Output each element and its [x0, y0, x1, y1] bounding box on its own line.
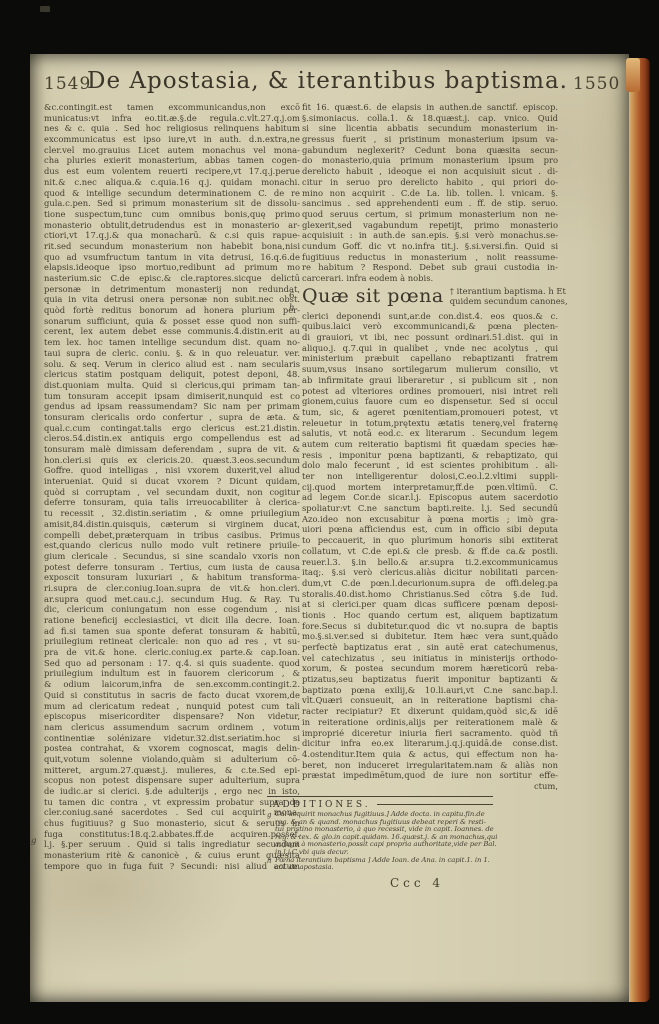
- text-line: episcopus misericorditer dispensare? Non…: [44, 711, 300, 722]
- text-line: uiori pœna afficiendus est, cum in offic…: [302, 524, 558, 535]
- text-line: dum,vt C.de pœn.l.decurionum.supra de of…: [302, 578, 558, 589]
- text-line: tonsuram malè dimissam deferendam , supr…: [44, 444, 300, 455]
- text-line: & odium laicorum,infra de sen.excomm.con…: [44, 679, 300, 690]
- text-line: rit.sed secundum monasterium non habebit…: [44, 241, 300, 252]
- text-line: dic, clericum coniungatum non esse cogen…: [44, 604, 300, 615]
- text-line: l.j. §.per seruum . Quid si talis ingred…: [44, 839, 300, 850]
- text-line: beret, non induceret irregularitatem.nam…: [302, 760, 558, 771]
- gathering-signature: Ccc 4: [382, 876, 452, 890]
- text-line: tione suspectum,tunc cum omnibus bonis,q…: [44, 209, 300, 220]
- text-line: resis , imponitur pœna baptizanti, & reb…: [302, 450, 558, 461]
- text-line: ar.supra quod met.cau.c.j. secundum Hug.…: [44, 594, 300, 605]
- additiones-note-letter: g: [267, 811, 271, 819]
- text-line: quod seruus certum, si primum monasteriu…: [302, 209, 558, 220]
- heading-small-line-1: † iterantium baptisma. h Et: [450, 286, 568, 297]
- text-line: re habitum ? Respond. Debet sub graui cu…: [302, 262, 558, 273]
- additiones-note-h: h Pœna iterantium baptisma ] Adde Ioan. …: [267, 857, 493, 872]
- text-line: clericus statim postquam deliquit, potes…: [44, 369, 300, 380]
- text-line: cundum Goff. dic vt no.infra tit.j. §.si…: [302, 241, 558, 252]
- additiones-header: ADDITIONES.: [267, 800, 377, 810]
- text-line: potest deferre tonsuram . Tertius, cum i…: [44, 562, 300, 573]
- text-line: Sed quo ad personam : 17. q.4. si quis s…: [44, 658, 300, 669]
- additiones-note-g: g Cui acquirit monachus fugitiuus.] Adde…: [267, 811, 493, 857]
- text-line: Goffre. quod intelligas , nisi vxorem du…: [44, 465, 300, 476]
- text-line: gula.c.pen. Sed si primum monasterium si…: [44, 198, 300, 209]
- text-line: tionis . Hoc quando certum est, aliquem …: [302, 610, 558, 621]
- running-title: De Apostasia, & iterantibus baptisma.: [85, 68, 570, 94]
- text-line: do monasterio,quia primum monasterium ip…: [302, 155, 558, 166]
- text-line: salutis, vt notā eod.c. ex literarum . S…: [302, 428, 558, 439]
- text-line: elapsis.ideoque ipso mortuo,redibunt ad …: [44, 262, 300, 273]
- text-line: dus est eum volentem reuerti recipere,vt…: [44, 166, 300, 177]
- text-line: ad fi.si tamen sua sponte deferat tonsur…: [44, 626, 300, 637]
- additiones-block: ADDITIONES. g Cui acquirit monachus fugi…: [267, 796, 493, 872]
- text-line: cler.coniug.sané sacerdotes . Sed cui ac…: [44, 807, 300, 818]
- text-line: improprié diceretur iniuria fieri sacram…: [302, 728, 558, 739]
- additiones-note-lines: Pœna iterantium baptisma ] Adde Ioan. de…: [275, 857, 493, 872]
- text-line: quod & intellige secundum determinatione…: [44, 188, 300, 199]
- text-line: quo ad vsumfructum tantum in vita detrus…: [44, 252, 300, 263]
- text-line: derelicto habuit , ideoque ei non acquis…: [302, 166, 558, 177]
- text-line: ter non intelligerentur dolosi,C.eo.l.2.…: [302, 471, 558, 482]
- text-line: cha pluries exierit monasterium, abbas t…: [44, 155, 300, 166]
- text-line: quòd si corruptam , vel secundam duxit, …: [44, 487, 300, 498]
- text-line: clerici deponendi sunt,ar.de con.dist.4.…: [302, 311, 558, 322]
- text-line: di grauiori, vt ibi, nec possunt ordinar…: [302, 332, 558, 343]
- text-line: potest ad vlteriores ordines promoueri, …: [302, 386, 558, 397]
- text-line: mino non acquirit . C.de La. lib. tollen…: [302, 188, 558, 199]
- right-column-part2-lines: clerici deponendi sunt,ar.de con.dist.4.…: [302, 311, 558, 781]
- text-line: qual.c.cum contingat.talis ergo clericus…: [44, 423, 300, 434]
- right-text-column: fit 16. quæst.6. de elapsis in authen.de…: [302, 102, 558, 792]
- text-line: priuilegium indultum est in fauorem cler…: [44, 668, 300, 679]
- text-line: priuilegium retineat clericale: non quo …: [44, 636, 300, 647]
- text-line: nam clericus assumendum sacrum ordinem ,…: [44, 722, 300, 733]
- text-line: mitteret, argum.27.quæst.j. mulieres, & …: [44, 765, 300, 776]
- text-line: gium clericale . Secundus, si sine scand…: [44, 551, 300, 562]
- text-line: itaq;. §.si verò clericus.aliàs dicitur …: [302, 567, 558, 578]
- text-line: deferre tonsuram, quia talis irreuocabil…: [44, 497, 300, 508]
- text-line: at si clerici.per quam dicas sufficere p…: [302, 599, 558, 610]
- text-line: cij.quod mortem interpretamur,ff.de pœn.…: [302, 482, 558, 493]
- additiones-note-lines: Cui acquirit monachus fugitiuus.] Adde d…: [275, 811, 493, 857]
- text-line: solu. & seq. Verum in clerico aliud est …: [44, 359, 300, 370]
- section-heading: Quæ sit pœna † iterantium baptisma. h Et…: [302, 285, 558, 310]
- text-line: glexerit,sed vagabundum repetijt, primo …: [302, 220, 558, 231]
- section-heading-large-text: Quæ sit pœna: [302, 285, 444, 307]
- text-line: ri.supra de cler.coniug.Ioan.supra de vi…: [44, 583, 300, 594]
- text-line: ptizatus,seu baptizatus fuerit imponitur…: [302, 674, 558, 685]
- text-line: tum tonsuram accepit ipsam dimiserit,nun…: [44, 391, 300, 402]
- text-line: exposcit tonsuram luxuriari , & habitum …: [44, 572, 300, 583]
- text-line: quia in vita detrusi onera personæ non s…: [44, 294, 300, 305]
- text-line: continentiæ solénizare videtur.32.dist.s…: [44, 733, 300, 744]
- text-line: tu tamen dic contra , vt expressim proba…: [44, 797, 300, 808]
- additiones-note-letter: h: [267, 857, 272, 865]
- text-line: citur in seruo pro derelicto habito , qu…: [302, 177, 558, 188]
- right-column-part1-lines: fit 16. quæst.6. de elapsis in authen.de…: [302, 102, 558, 273]
- text-line: §.simoniacus. colla.1. & 18.quæst.j. cap…: [302, 113, 558, 124]
- text-line: chus fugitiuus? g Suo monasterio, sicut …: [44, 818, 300, 829]
- text-line: gressus fuerit , si pristinum monasteriu…: [302, 134, 558, 145]
- text-line: gendus ad ipsam reassumendam? Sic nam pe…: [44, 401, 300, 412]
- text-line: racter recipiatur? Et dixerunt quidam,qu…: [302, 706, 558, 717]
- text-line: nasterium.sic C.de episc.& cle.raptores.…: [44, 273, 300, 284]
- text-line: pra de vit.& hone. cleric.coniug.ex part…: [44, 647, 300, 658]
- text-line: cleros.54.distin.ex antiquis ergo compel…: [44, 433, 300, 444]
- text-line: sonarum sufficiunt, quia & posset esse q…: [44, 316, 300, 327]
- text-line: postea contrahat, & vxorem cognoscat, ma…: [44, 743, 300, 754]
- text-line: quit,votum solenne violando,quàm si adul…: [44, 754, 300, 765]
- book-fore-edge-top: [626, 58, 640, 92]
- text-line: fit 16. quæst.6. de elapsis in authen.de…: [302, 102, 558, 113]
- text-line: ad legem Cor.de sicar.l.j. Episcopus aut…: [302, 492, 558, 503]
- text-line: est,quando clericus nullo modo vult reti…: [44, 540, 300, 551]
- text-line: ratione beneficij ecclesiastici, vt dici…: [44, 615, 300, 626]
- left-column-lines: &c.contingit.est tamen excommunicandus,n…: [44, 102, 300, 872]
- text-line: collatum, vt C.de epi.& cle presb. & ff.…: [302, 546, 558, 557]
- text-line: spoliatur:vt C.ne sanctum bapti.reite. l…: [302, 503, 558, 514]
- text-line: perfectè baptizatus erat , sin autē erat…: [302, 642, 558, 653]
- text-line: acquisiuit : in auth.de san.epis. §.si v…: [302, 230, 558, 241]
- text-line: autem cum reiteratio baptismi fit quædam…: [302, 439, 558, 450]
- text-line: mo.§.si.ver.sed si dubitetur. Item hæc v…: [302, 631, 558, 642]
- text-line: reuer.l.3. §.in bello.& ar.supra ti.2.ex…: [302, 557, 558, 568]
- text-line: gionem,cuius fauore cum eo dispensetur. …: [302, 396, 558, 407]
- text-line: præstat impedimētum,quod de iure non sor…: [302, 770, 558, 781]
- text-line: tonsuram clericalis ordo confertur , sup…: [44, 412, 300, 423]
- text-line: scopus non potest dispensare super adult…: [44, 775, 300, 786]
- text-line: tem lex. hoc tamen intellige secundum di…: [44, 337, 300, 348]
- text-line: si sine licentia abbatis secundum monast…: [302, 123, 558, 134]
- text-line: monasterio obtulit,detrudendus est in mo…: [44, 220, 300, 231]
- text-line: ab infirmitate graui liberaretur , si pu…: [302, 375, 558, 386]
- text-line: suum,vsus insano sortilegarum mulierum c…: [302, 364, 558, 375]
- text-line: excommunicatus est ipso iure,vt in auth.…: [44, 134, 300, 145]
- text-line: &c.contingit.est tamen excommunicandus,n…: [44, 102, 300, 113]
- text-line: vel catechizatus , seu initiatus in mini…: [302, 653, 558, 664]
- text-line: xorum, & postea secundum morem hæreticor…: [302, 663, 558, 674]
- text-line: interueniat. Quid si ducat vxorem ? Dicu…: [44, 476, 300, 487]
- text-line: quòd fortè reditus bonorum ad honera plu…: [44, 305, 300, 316]
- text-line: tum, sic, & ageret pœnitentiam,promoueri…: [302, 407, 558, 418]
- text-line: quibus.laici verò excommunicandi,& pœna …: [302, 321, 558, 332]
- text-line: mum ad clericatum redeat , nunquid potes…: [44, 701, 300, 712]
- text-line: tu recessit , 32.distin.seriatim , & omn…: [44, 508, 300, 519]
- text-line: cerent, lex autem debet esse communis.4.…: [44, 326, 300, 337]
- text-line: municatus:vt infra eo.tit.æ.§.de regula.…: [44, 113, 300, 124]
- text-line: Azo.ideo non excusabitur à pœna mortis ;…: [302, 514, 558, 525]
- text-line: gabundum neglexerit? Cedunt bona quæsita…: [302, 145, 558, 156]
- text-line: taui supra de cleric. coniu. §. & in quo…: [44, 348, 300, 359]
- text-line: to peccauerit, in quo plurimum honoris s…: [302, 535, 558, 546]
- text-line: 4.ostenditur.Item quia & actus, qui effe…: [302, 749, 558, 760]
- text-line: dist.quoniam multa. Quid si clericus,qui…: [44, 380, 300, 391]
- text-line: storalis.40.dist.homo Christianus.Sed cō…: [302, 589, 558, 600]
- section-heading-small-lines: † iterantium baptisma. h Et quidem secun…: [450, 285, 568, 307]
- scanned-book-page: { "page": { "folio_left": "1549", "title…: [0, 0, 659, 1024]
- text-line: dolo malo fecerunt , id est scientes pro…: [302, 460, 558, 471]
- left-text-column: &c.contingit.est tamen excommunicandus,n…: [44, 102, 300, 872]
- text-line: personæ in detrimentum monasterij non re…: [44, 284, 300, 295]
- text-line: hon.cleri.si quis ex clericis.20. quæst.…: [44, 455, 300, 466]
- text-line: fuga constitutus:18.q.2.abbates.ff.de ac…: [44, 829, 300, 840]
- text-line: compelli debet,præterquam in tribus casi…: [44, 530, 300, 541]
- book-page: 1549 De Apostasia, & iterantibus baptism…: [30, 54, 629, 1002]
- text-line: de iudic.ar si clerici. §.de adulterijs …: [44, 786, 300, 797]
- text-line: tempore quo in fuga fuit ? Secundi: nisi…: [44, 861, 300, 872]
- text-line: sancimus . sed apprehendenti eum . ff. d…: [302, 198, 558, 209]
- right-column-part1-last-line: carcerari. infra eodem à nobis.: [302, 273, 558, 284]
- text-line: vlt.Quæri consueuit, an in reiteratione …: [302, 695, 558, 706]
- text-line: cler.vel mo.grauius Licet autem monachus…: [44, 145, 300, 156]
- text-line: nes & c. quia . Sed hoc religiosus relin…: [44, 123, 300, 134]
- text-line: aliquo.j. q.7.qui in qualibet , vnde nec…: [302, 343, 558, 354]
- text-line: releuetur in totum,prętextu ætatis tener…: [302, 418, 558, 429]
- scan-artifact-mark: [40, 6, 50, 12]
- text-line: fugitiuus reductus in monasterium , noli…: [302, 252, 558, 263]
- text-line: ctiori,vt 17.q.j.& qua monacharū. & c.si…: [44, 230, 300, 241]
- text-line: baptizato pœna exilij,& 10.li.auri,vt C.…: [302, 685, 558, 696]
- text-line: monasterium ritè & canonicè , & cuius er…: [44, 850, 300, 861]
- text-line: Quid si constitutus in sacris de facto d…: [44, 690, 300, 701]
- text-line: amisit,84.distin.quisquis, cæterum si vi…: [44, 519, 300, 530]
- text-line: ministerium præbuit capellano rebaptizan…: [302, 353, 558, 364]
- folio-number-right: 1550: [573, 74, 620, 94]
- additiones-header-row: ADDITIONES.: [267, 799, 493, 810]
- book-fore-edge: [629, 58, 650, 1002]
- text-line: dicitur infra eo.ex literarum.j.q.j.quid…: [302, 738, 558, 749]
- text-line: nit.& c.nec aliqua.& c.quia.16 q.j. quid…: [44, 177, 300, 188]
- right-column-part2-last-line: ctum,: [302, 781, 558, 792]
- margin-letter-g: g: [31, 836, 36, 846]
- additiones-header-rule: [377, 804, 493, 806]
- text-line: fore.Secus si dubitetur.quod dic vt no.s…: [302, 621, 558, 632]
- text-line: col. de apostasia.: [275, 864, 493, 872]
- text-line: in reiteratione ordinis,alijs per reiter…: [302, 717, 558, 728]
- heading-small-line-2: quidem secundum canones,: [450, 296, 568, 307]
